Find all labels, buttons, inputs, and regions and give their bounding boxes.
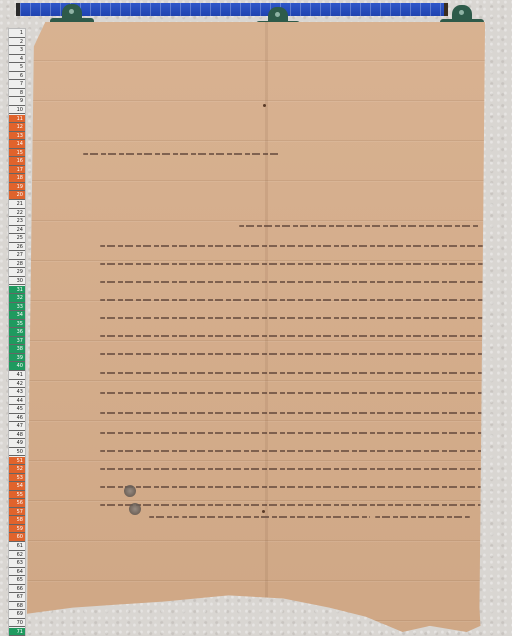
handwritten-text-line [100, 330, 483, 340]
handwritten-text-line [239, 220, 479, 230]
ruler-mark: 66 [9, 585, 25, 594]
ruler-mark: 46 [9, 414, 25, 423]
ruler-mark: 65 [9, 576, 25, 585]
ruler-mark: 34 [9, 311, 25, 320]
handwritten-text-line [100, 258, 483, 268]
handwritten-text-line [100, 499, 483, 509]
left-measuring-ruler: 1234567891011121314151617181920212223242… [8, 28, 26, 636]
ruler-mark: 52 [9, 465, 25, 474]
seal-stamp-2 [129, 503, 141, 515]
ruler-mark: 18 [9, 174, 25, 183]
ruler-mark: 20 [9, 191, 25, 200]
heading-text-line [83, 148, 279, 158]
handwritten-text-line [149, 511, 179, 521]
ruler-mark: 1 [9, 29, 25, 38]
ruler-mark: 38 [9, 345, 25, 354]
handwritten-text-line [100, 445, 483, 455]
ruler-mark: 11 [9, 115, 25, 124]
handwritten-text-line [375, 511, 470, 521]
ruler-mark: 64 [9, 568, 25, 577]
ruler-mark: 47 [9, 422, 25, 431]
ruler-mark: 35 [9, 320, 25, 329]
handwritten-text-line [100, 348, 483, 358]
handwritten-text-line [100, 240, 483, 250]
ruler-mark: 60 [9, 533, 25, 542]
ruler-mark: 33 [9, 303, 25, 312]
ruler-mark: 53 [9, 474, 25, 483]
ruler-mark: 39 [9, 354, 25, 363]
paper-blemish [263, 104, 266, 107]
ruler-mark: 43 [9, 388, 25, 397]
ruler-mark: 12 [9, 123, 25, 132]
ruler-mark: 55 [9, 491, 25, 500]
ruler-mark: 49 [9, 439, 25, 448]
ruler-mark: 31 [9, 286, 25, 295]
ruler-mark: 26 [9, 243, 25, 252]
ruler-mark: 63 [9, 559, 25, 568]
ruler-mark: 13 [9, 132, 25, 141]
ruler-mark: 2 [9, 38, 25, 47]
ruler-mark: 23 [9, 217, 25, 226]
ruler-mark: 67 [9, 593, 25, 602]
handwritten-text-line [100, 481, 483, 491]
ruler-mark: 50 [9, 448, 25, 457]
ruler-mark: 70 [9, 619, 25, 628]
ruler-mark: 30 [9, 277, 25, 286]
ruler-mark: 41 [9, 371, 25, 380]
ruler-mark: 6 [9, 72, 25, 81]
handwritten-text-line [100, 387, 483, 397]
ruler-mark: 71 [9, 628, 25, 636]
ruler-mark: 3 [9, 46, 25, 55]
ruler-mark: 68 [9, 602, 25, 611]
ruler-mark: 14 [9, 140, 25, 149]
ruler-mark: 36 [9, 328, 25, 337]
ruler-mark: 7 [9, 80, 25, 89]
ruler-mark: 45 [9, 405, 25, 414]
ruler-mark: 8 [9, 89, 25, 98]
ruler-mark: 29 [9, 268, 25, 277]
handwritten-text-line [100, 367, 483, 377]
ruler-mark: 4 [9, 55, 25, 64]
ruler-mark: 17 [9, 166, 25, 175]
ruler-mark: 16 [9, 157, 25, 166]
ruler-mark: 25 [9, 234, 25, 243]
ruler-mark: 21 [9, 200, 25, 209]
ruler-mark: 28 [9, 260, 25, 269]
ruler-mark: 58 [9, 516, 25, 525]
ruler-mark: 10 [9, 106, 25, 115]
ruler-mark: 44 [9, 397, 25, 406]
handwritten-text-line [100, 294, 483, 304]
ruler-mark: 69 [9, 610, 25, 619]
ruler-mark: 22 [9, 209, 25, 218]
ruler-mark: 9 [9, 97, 25, 106]
paper-fold-crease [265, 22, 268, 632]
ruler-mark: 61 [9, 542, 25, 551]
ruler-mark: 19 [9, 183, 25, 192]
ruler-mark: 5 [9, 63, 25, 72]
ruler-mark: 54 [9, 482, 25, 491]
ruler-mark: 51 [9, 457, 25, 466]
ruler-mark: 57 [9, 508, 25, 517]
manuscript-paper: address line (handwritten Tibetan) [27, 22, 485, 632]
ruler-mark: 42 [9, 380, 25, 389]
ruler-mark: 24 [9, 226, 25, 235]
ruler-mark: 32 [9, 294, 25, 303]
seal-stamp-1 [124, 485, 136, 497]
ruler-mark: 37 [9, 337, 25, 346]
ruler-mark: 40 [9, 362, 25, 371]
handwritten-text-line [100, 463, 483, 473]
handwritten-text-line [100, 312, 483, 322]
handwritten-text-line [100, 407, 483, 417]
ruler-mark: 59 [9, 525, 25, 534]
ruler-mark: 62 [9, 551, 25, 560]
handwritten-text-line [100, 276, 483, 286]
ruler-mark: 56 [9, 499, 25, 508]
ruler-mark: 48 [9, 431, 25, 440]
ruler-mark: 27 [9, 251, 25, 260]
handwritten-text-line [100, 427, 483, 437]
handwritten-text-line [182, 511, 370, 521]
ruler-mark: 15 [9, 149, 25, 158]
